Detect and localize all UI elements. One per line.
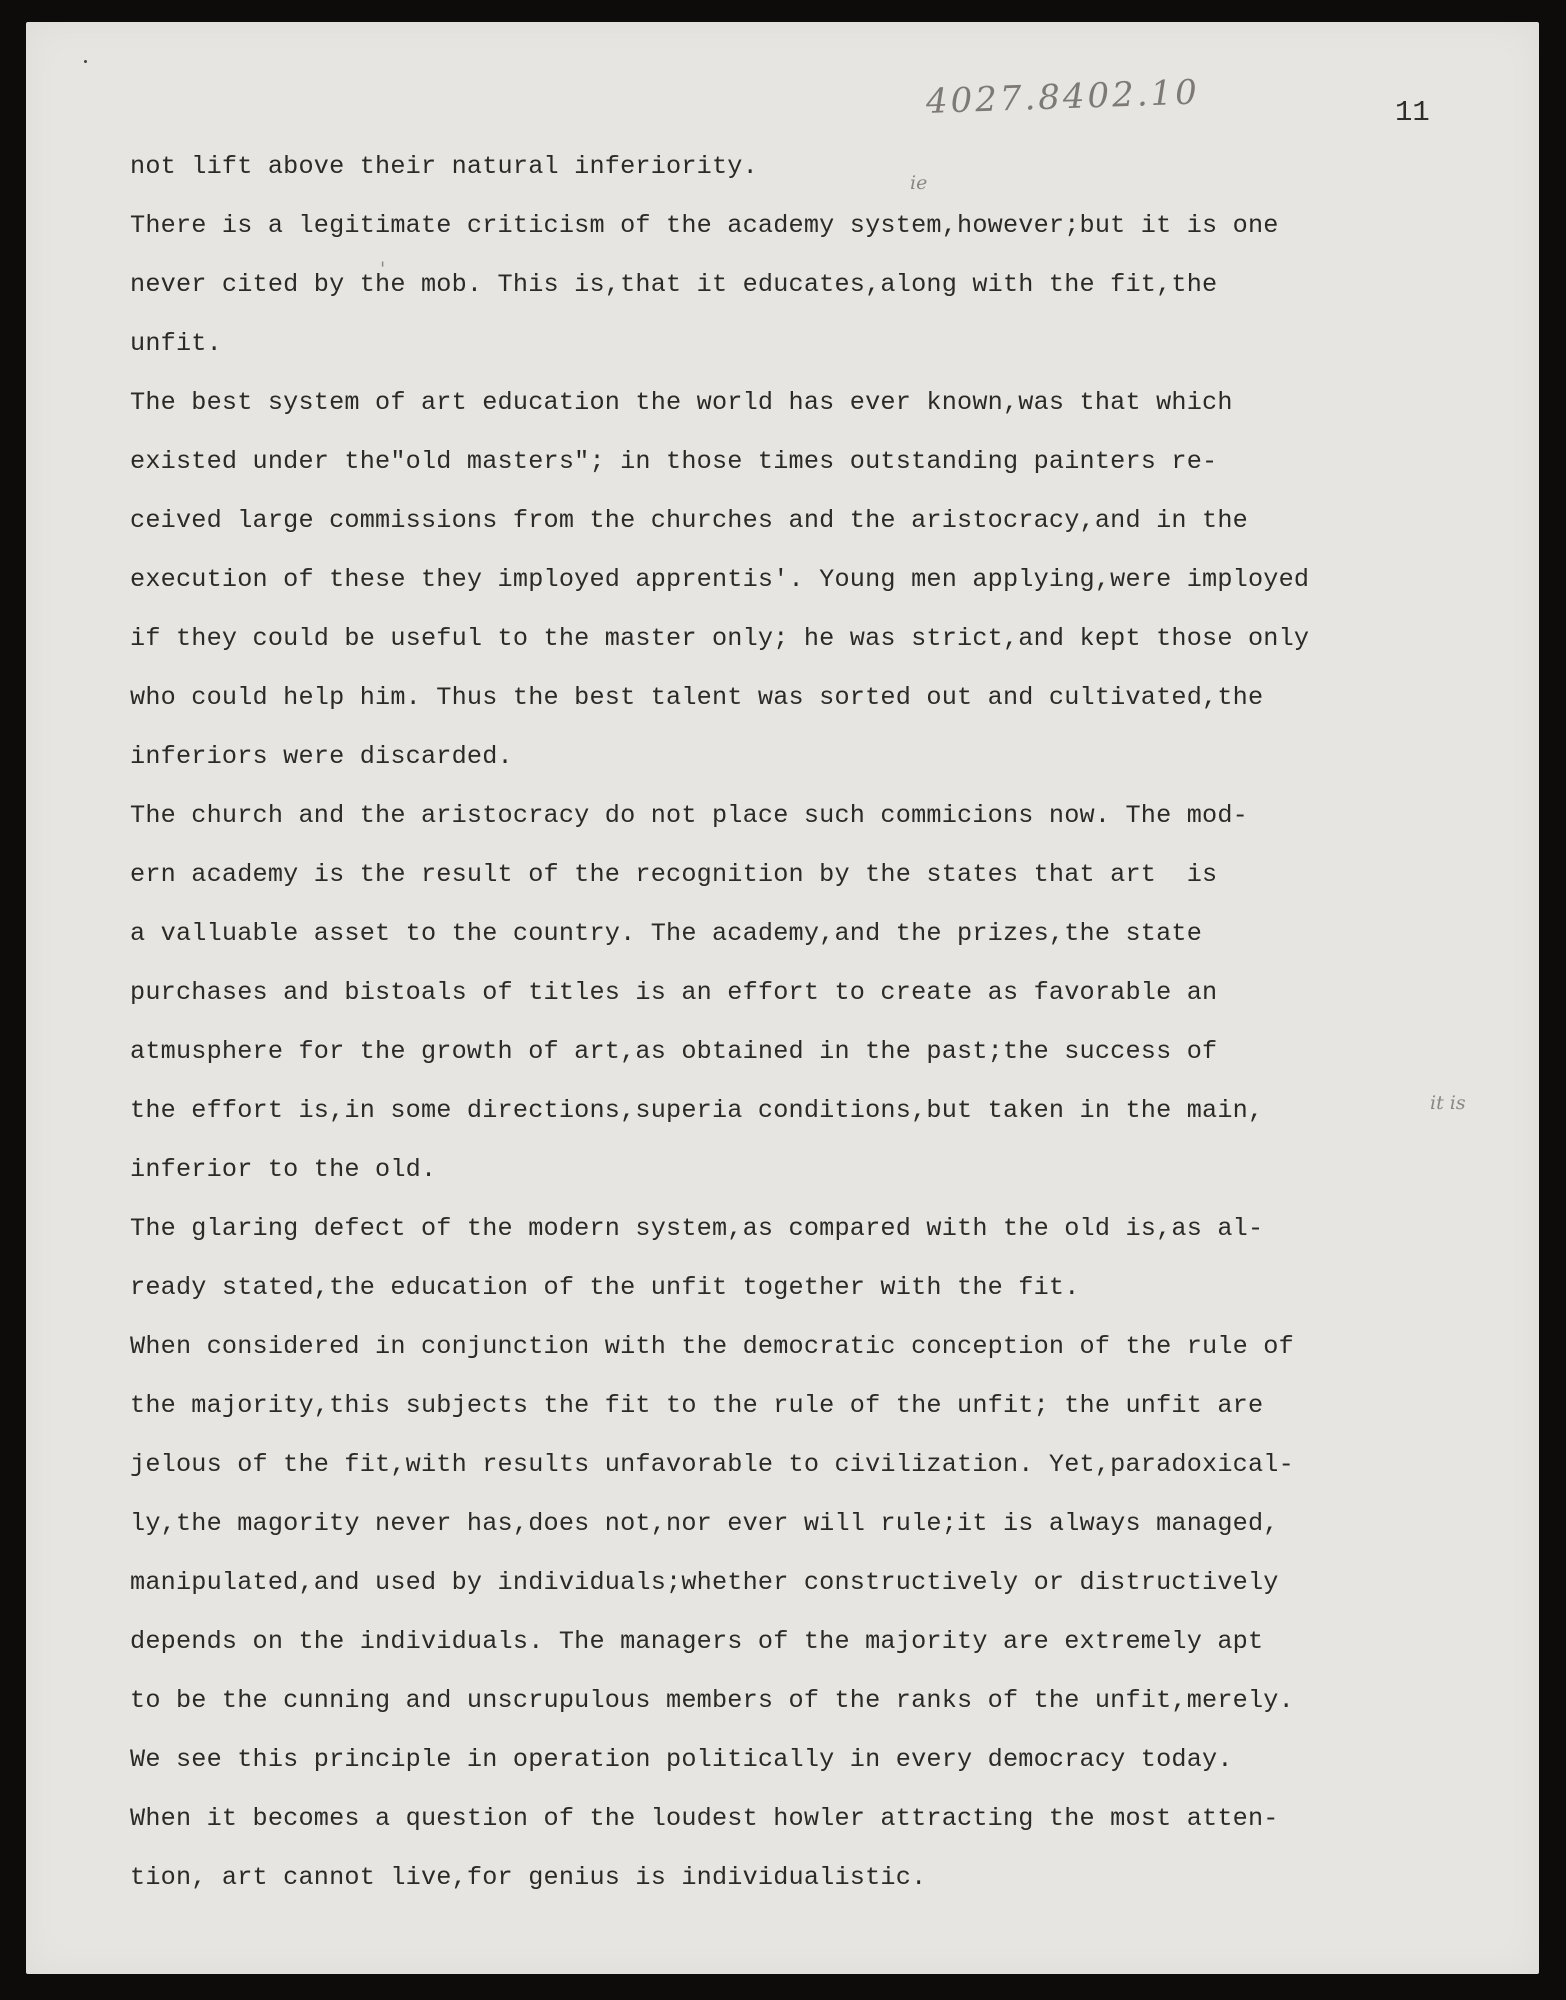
text-line: not lift above their natural inferiority… [130, 152, 758, 182]
text-line: purchases and bistoals of titles is an e… [130, 978, 1217, 1008]
document-page: 4027.8402.10 11 not lift above their nat… [26, 22, 1539, 1974]
page-number: 11 [1395, 96, 1430, 129]
text-line: depends on the individuals. The managers… [130, 1627, 1263, 1657]
handwritten-annotation: ie [910, 172, 927, 194]
text-line: ern academy is the result of the recogni… [130, 860, 1217, 890]
text-line: We see this principle in operation polit… [130, 1745, 1233, 1775]
text-line: atmusphere for the growth of art,as obta… [130, 1037, 1217, 1067]
text-line: inferiors were discarded. [130, 742, 513, 772]
text-line: ceived large commissions from the church… [130, 506, 1248, 536]
text-line: execution of these they imployed apprent… [130, 565, 1309, 595]
text-line: inferior to the old. [130, 1155, 436, 1185]
handwritten-annotation: ' [380, 258, 385, 280]
text-line: to be the cunning and unscrupulous membe… [130, 1686, 1294, 1716]
text-line: the effort is,in some directions,superia… [130, 1096, 1263, 1126]
paper-speck [84, 60, 87, 63]
text-line: who could help him. Thus the best talent… [130, 683, 1263, 713]
text-line: if they could be useful to the master on… [130, 624, 1309, 654]
text-line: tion, art cannot live,for genius is indi… [130, 1863, 926, 1893]
text-line: The glaring defect of the modern system,… [130, 1214, 1263, 1244]
handwritten-annotation: it is [1430, 1092, 1466, 1114]
text-line: unfit. [130, 329, 222, 359]
text-line: The best system of art education the wor… [130, 388, 1233, 418]
text-line: manipulated,and used by individuals;whet… [130, 1568, 1279, 1598]
text-line: existed under the"old masters"; in those… [130, 447, 1217, 477]
text-line: When considered in conjunction with the … [130, 1332, 1294, 1362]
text-line: ready stated,the education of the unfit … [130, 1273, 1080, 1303]
text-line: the majority,this subjects the fit to th… [130, 1391, 1263, 1421]
handwritten-call-number: 4027.8402.10 [925, 72, 1200, 122]
text-line: The church and the aristocracy do not pl… [130, 801, 1248, 831]
text-line: jelous of the fit,with results unfavorab… [130, 1450, 1294, 1480]
text-line: There is a legitimate criticism of the a… [130, 211, 1279, 241]
text-line: a valluable asset to the country. The ac… [130, 919, 1202, 949]
text-line: never cited by the mob. This is,that it … [130, 270, 1217, 300]
text-line: ly,the magority never has,does not,nor e… [130, 1509, 1279, 1539]
text-line: When it becomes a question of the loudes… [130, 1804, 1279, 1834]
